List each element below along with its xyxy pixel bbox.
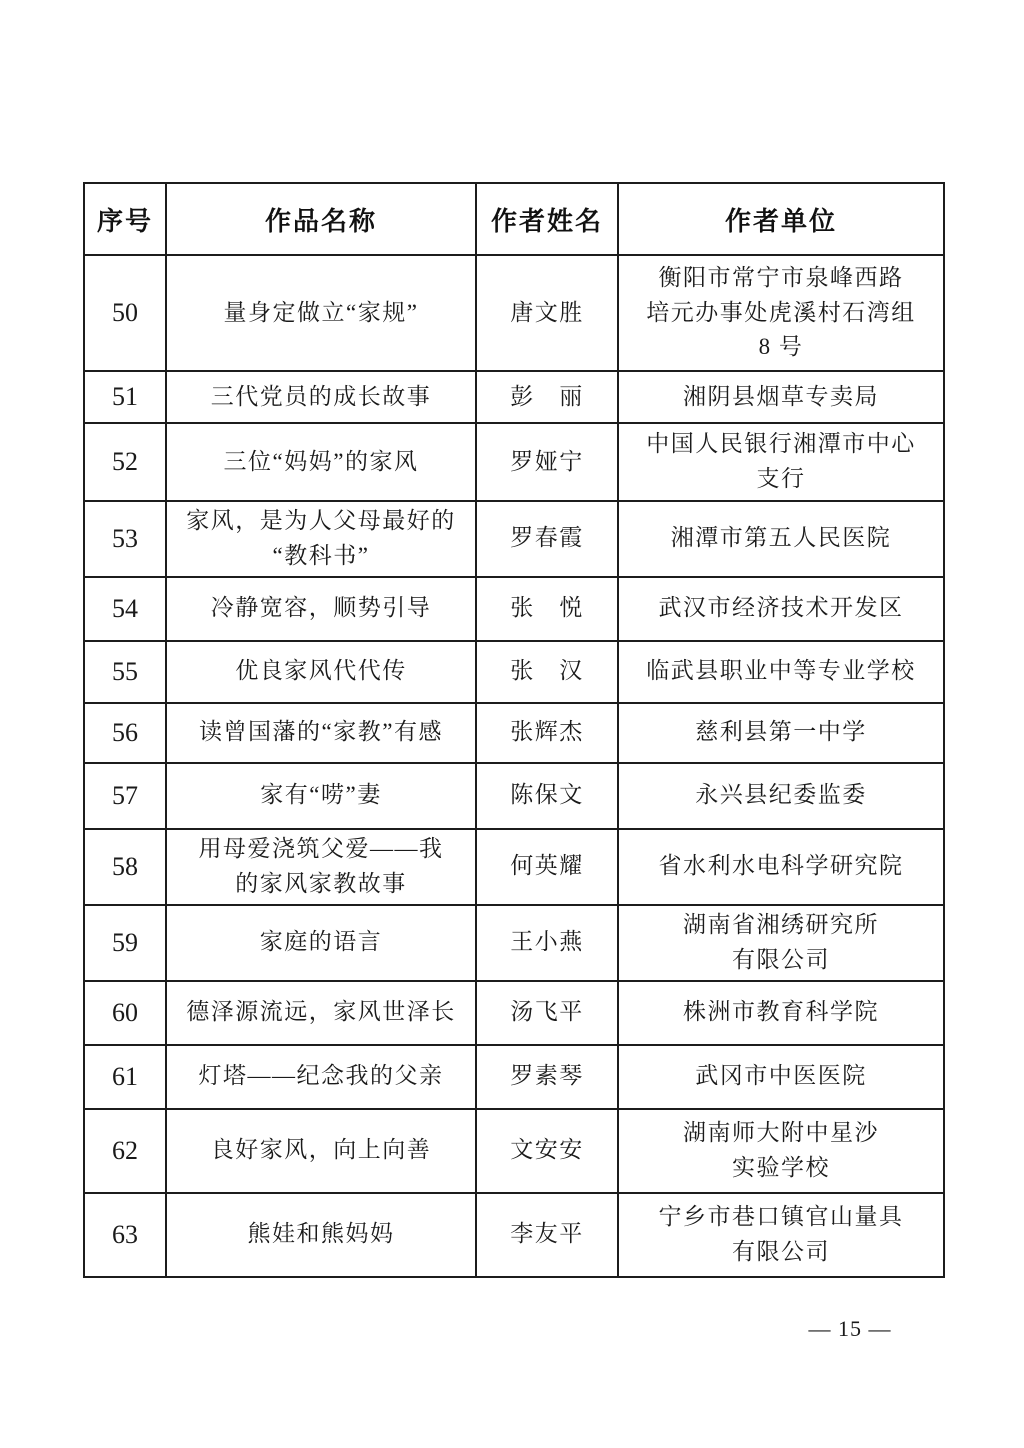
header-author: 作者姓名: [476, 183, 618, 255]
table-row: 52 三位“妈妈”的家风 罗娅宁 中国人民银行湘潭市中心 支行: [84, 423, 944, 501]
work-title-cell: 三代党员的成长故事: [166, 371, 476, 423]
table-row: 57 家有“唠”妻 陈保文 永兴县纪委监委: [84, 763, 944, 829]
table-row: 55 优良家风代代传 张 汉 临武县职业中等专业学校: [84, 641, 944, 703]
table-row: 60 德泽源流远，家风世泽长 汤飞平 株洲市教育科学院: [84, 981, 944, 1045]
row-number-cell: 61: [84, 1045, 166, 1109]
work-title-cell: 量身定做立“家规”: [166, 255, 476, 371]
work-title-cell: 家庭的语言: [166, 905, 476, 981]
row-number-cell: 60: [84, 981, 166, 1045]
author-unit-cell: 株洲市教育科学院: [618, 981, 944, 1045]
author-unit-cell: 湘阴县烟草专卖局: [618, 371, 944, 423]
work-title-cell: 冷静宽容，顺势引导: [166, 577, 476, 641]
row-number-cell: 50: [84, 255, 166, 371]
work-title-cell: 用母爱浇筑父爱——我 的家风家教故事: [166, 829, 476, 905]
work-title-cell: 三位“妈妈”的家风: [166, 423, 476, 501]
work-title-cell: 家风，是为人父母最好的 “教科书”: [166, 501, 476, 577]
author-name-cell: 何英耀: [476, 829, 618, 905]
work-title-cell: 读曾国藩的“家教”有感: [166, 703, 476, 763]
author-name-cell: 张 汉: [476, 641, 618, 703]
work-title-cell: 德泽源流远，家风世泽长: [166, 981, 476, 1045]
work-title-cell: 家有“唠”妻: [166, 763, 476, 829]
work-title-cell: 灯塔——纪念我的父亲: [166, 1045, 476, 1109]
row-number-cell: 62: [84, 1109, 166, 1193]
author-name-cell: 张 悦: [476, 577, 618, 641]
author-name-cell: 罗春霞: [476, 501, 618, 577]
author-unit-cell: 衡阳市常宁市泉峰西路 培元办事处虎溪村石湾组 8 号: [618, 255, 944, 371]
row-number-cell: 58: [84, 829, 166, 905]
row-number-cell: 52: [84, 423, 166, 501]
row-number-cell: 55: [84, 641, 166, 703]
author-unit-cell: 宁乡市巷口镇官山量具 有限公司: [618, 1193, 944, 1277]
table-row: 54 冷静宽容，顺势引导 张 悦 武汉市经济技术开发区: [84, 577, 944, 641]
work-title-cell: 优良家风代代传: [166, 641, 476, 703]
row-number-cell: 51: [84, 371, 166, 423]
document-page: 序号 作品名称 作者姓名 作者单位 50 量身定做立“家规” 唐文胜 衡阳市常宁…: [0, 0, 1024, 1448]
table-row: 53 家风，是为人父母最好的 “教科书” 罗春霞 湘潭市第五人民医院: [84, 501, 944, 577]
author-unit-cell: 湘潭市第五人民医院: [618, 501, 944, 577]
author-unit-cell: 中国人民银行湘潭市中心 支行: [618, 423, 944, 501]
table-row: 62 良好家风，向上向善 文安安 湖南师大附中星沙 实验学校: [84, 1109, 944, 1193]
table-row: 59 家庭的语言 王小燕 湖南省湘绣研究所 有限公司: [84, 905, 944, 981]
author-unit-cell: 永兴县纪委监委: [618, 763, 944, 829]
work-title-cell: 良好家风，向上向善: [166, 1109, 476, 1193]
author-name-cell: 罗素琴: [476, 1045, 618, 1109]
row-number-cell: 63: [84, 1193, 166, 1277]
work-title-cell: 熊娃和熊妈妈: [166, 1193, 476, 1277]
author-name-cell: 陈保文: [476, 763, 618, 829]
table-row: 56 读曾国藩的“家教”有感 张辉杰 慈利县第一中学: [84, 703, 944, 763]
author-name-cell: 唐文胜: [476, 255, 618, 371]
table-row: 63 熊娃和熊妈妈 李友平 宁乡市巷口镇官山量具 有限公司: [84, 1193, 944, 1277]
row-number-cell: 57: [84, 763, 166, 829]
row-number-cell: 54: [84, 577, 166, 641]
author-unit-cell: 武冈市中医医院: [618, 1045, 944, 1109]
awards-table: 序号 作品名称 作者姓名 作者单位 50 量身定做立“家规” 唐文胜 衡阳市常宁…: [83, 182, 945, 1278]
author-name-cell: 文安安: [476, 1109, 618, 1193]
table-row: 58 用母爱浇筑父爱——我 的家风家教故事 何英耀 省水利水电科学研究院: [84, 829, 944, 905]
author-unit-cell: 武汉市经济技术开发区: [618, 577, 944, 641]
page-number: — 15 —: [800, 1316, 900, 1342]
author-unit-cell: 湖南师大附中星沙 实验学校: [618, 1109, 944, 1193]
author-unit-cell: 慈利县第一中学: [618, 703, 944, 763]
table-row: 50 量身定做立“家规” 唐文胜 衡阳市常宁市泉峰西路 培元办事处虎溪村石湾组 …: [84, 255, 944, 371]
table-header-row: 序号 作品名称 作者姓名 作者单位: [84, 183, 944, 255]
table-row: 61 灯塔——纪念我的父亲 罗素琴 武冈市中医医院: [84, 1045, 944, 1109]
table-row: 51 三代党员的成长故事 彭 丽 湘阴县烟草专卖局: [84, 371, 944, 423]
author-name-cell: 李友平: [476, 1193, 618, 1277]
row-number-cell: 56: [84, 703, 166, 763]
author-unit-cell: 湖南省湘绣研究所 有限公司: [618, 905, 944, 981]
row-number-cell: 59: [84, 905, 166, 981]
header-title: 作品名称: [166, 183, 476, 255]
author-name-cell: 王小燕: [476, 905, 618, 981]
author-name-cell: 彭 丽: [476, 371, 618, 423]
author-name-cell: 罗娅宁: [476, 423, 618, 501]
author-name-cell: 汤飞平: [476, 981, 618, 1045]
author-unit-cell: 临武县职业中等专业学校: [618, 641, 944, 703]
author-name-cell: 张辉杰: [476, 703, 618, 763]
author-unit-cell: 省水利水电科学研究院: [618, 829, 944, 905]
header-unit: 作者单位: [618, 183, 944, 255]
header-no: 序号: [84, 183, 166, 255]
row-number-cell: 53: [84, 501, 166, 577]
